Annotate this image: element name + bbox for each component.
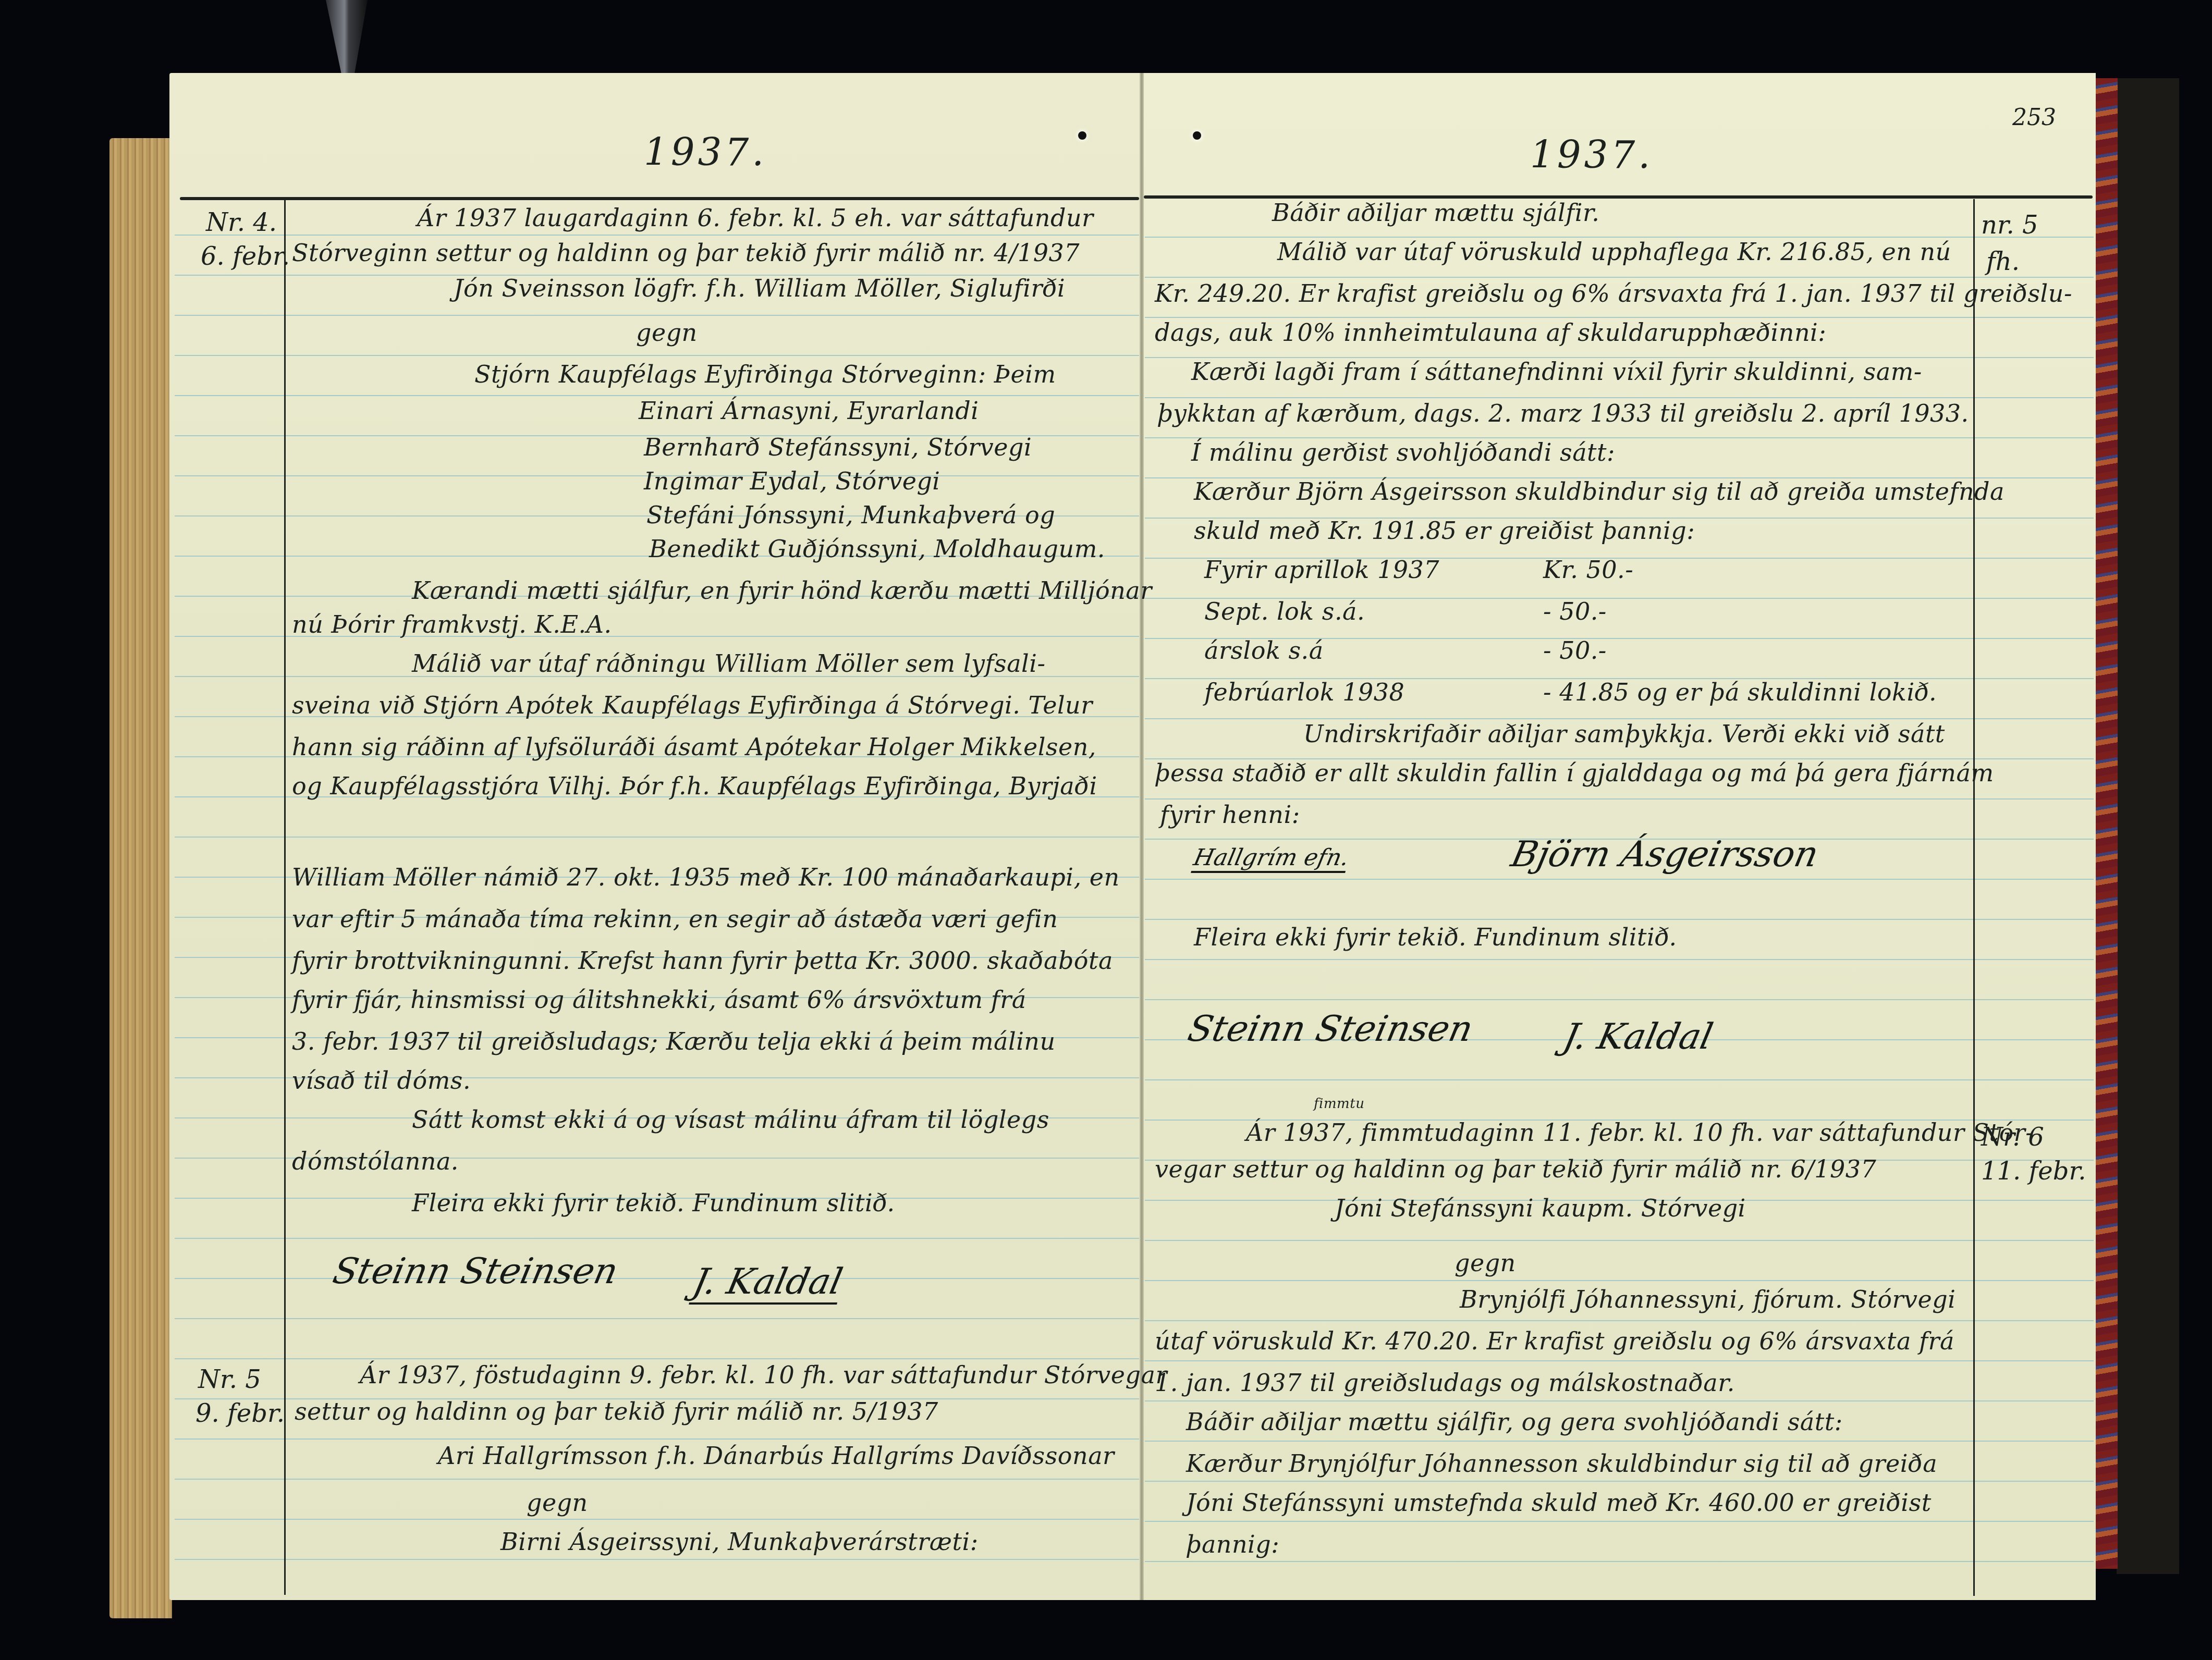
text-line: þannig: (1186, 1532, 1279, 1556)
ruled-line (175, 1318, 1139, 1319)
payment-amount: - 50.- (1543, 599, 1607, 623)
payment-amount: - 41.85 og er þá skuldinni lokið. (1543, 680, 1937, 704)
text-line: Einari Árnasyni, Eyrarlandi (639, 399, 979, 423)
signature: Steinn Steinsen (1184, 1009, 1477, 1050)
ruled-line (175, 235, 1139, 236)
payment-label: árslok s.á (1204, 638, 1324, 662)
binding-hole (1193, 131, 1201, 140)
text-line: Jóni Stefánssyni umstefnda skuld með Kr.… (1186, 1491, 1932, 1515)
text-line: dómstólanna. (292, 1149, 459, 1173)
ruled-line (1145, 1280, 2094, 1281)
ruled-line (1145, 1400, 2094, 1401)
ruled-line (1145, 959, 2094, 960)
text-line: 3. febr. 1937 til greiðsludags; Kærðu te… (292, 1029, 1056, 1053)
entry-date: 6. febr. (201, 240, 290, 274)
text-line: Sátt komst ekki á og vísast málinu áfram… (412, 1108, 1049, 1132)
text-line: Málið var útaf vöruskuld upphaflega Kr. … (1277, 240, 1951, 264)
ruled-line (1145, 1360, 2094, 1361)
text-line: Í málinu gerðist svohljóðandi sátt: (1191, 440, 1615, 464)
text-line: Ár 1937, föstudaginn 9. febr. kl. 10 fh.… (360, 1363, 1167, 1387)
text-line: fyrir henni: (1160, 803, 1300, 827)
binding-hole (1078, 131, 1086, 140)
ruled-line (175, 837, 1139, 838)
ruled-line (175, 1358, 1139, 1359)
entry-date: fh. (1986, 245, 2020, 279)
ruled-line (1145, 277, 2094, 278)
text-line: Birni Ásgeirssyni, Munkaþverárstræti: (500, 1530, 979, 1554)
text-line: Báðir aðiljar mættu sjálfir. (1272, 201, 1599, 225)
text-line: Stjórn Kaupfélags Eyfirðinga Stórveginn:… (474, 362, 1056, 386)
text-line-gegn: gegn (1455, 1251, 1516, 1275)
text-line: Benedikt Guðjónssyni, Moldhaugum. (649, 537, 1105, 561)
ruled-line (1145, 798, 2094, 800)
text-line: Kærður Björn Ásgeirsson skuldbindur sig … (1194, 479, 2005, 503)
text-line: Undirskrifaðir aðiljar samþykkja. Verði … (1303, 722, 1945, 746)
margin-column-line-left (284, 198, 286, 1595)
entry-date: 9. febr. (195, 1397, 285, 1431)
text-line: þykktan af kærðum, dags. 2. marz 1933 ti… (1157, 401, 1969, 425)
text-line: Stórveginn settur og haldinn og þar teki… (292, 241, 1080, 265)
text-line: fyrir fjár, hinsmissi og álitshnekki, ás… (292, 988, 1026, 1012)
entry-number: nr. 5 (1981, 208, 2038, 242)
text-line: fyrir brottvikningunni. Krefst hann fyri… (292, 949, 1113, 973)
ruled-line (1145, 718, 2094, 719)
ruled-line (1145, 1561, 2094, 1562)
text-line: útaf vöruskuld Kr. 470.20. Er krafist gr… (1155, 1329, 1954, 1353)
payment-amount: Kr. 50.- (1543, 558, 1633, 582)
text-line: Ár 1937 laugardaginn 6. febr. kl. 5 eh. … (417, 206, 1094, 230)
entry-number: Nr. 5 (198, 1363, 261, 1397)
entry-date: 11. febr. (1981, 1154, 2086, 1188)
ruled-line (175, 1559, 1139, 1560)
ruled-line (1145, 397, 2094, 398)
ruled-line (1145, 1481, 2094, 1482)
text-line: William Möller námið 27. okt. 1935 með K… (292, 865, 1120, 889)
text-line: Ingimar Eydal, Stórvegi (644, 469, 940, 493)
text-line: settur og haldinn og þar tekið fyrir mál… (295, 1399, 938, 1423)
ruled-line (1145, 919, 2094, 920)
text-line: vísað til dóms. (292, 1068, 471, 1092)
payment-label: febrúarlok 1938 (1204, 680, 1404, 704)
closing-line: Fleira ekki fyrir tekið. Fundinum slitið… (412, 1191, 895, 1215)
ruled-line (1145, 1521, 2094, 1522)
text-line: nú Þórir framkvstj. K.E.A. (292, 612, 612, 636)
text-line: Málið var útaf ráðningu William Möller s… (412, 651, 1046, 675)
text-line: og Kaupfélagsstjóra Vilhj. Þór f.h. Kaup… (292, 774, 1097, 798)
text-line: Bernharð Stefánssyni, Stórvegi (644, 435, 1032, 459)
ruled-line (1145, 999, 2094, 1000)
ruled-line (175, 1519, 1139, 1520)
text-line: var eftir 5 mánaða tíma rekinn, en segir… (292, 907, 1058, 931)
ruled-line (1145, 1441, 2094, 1442)
closing-line: Fleira ekki fyrir tekið. Fundinum slitið… (1194, 925, 1677, 949)
text-line: Kr. 249.20. Er krafist greiðslu og 6% ár… (1155, 281, 2072, 305)
ruled-line (175, 1278, 1139, 1279)
text-line: sveina við Stjórn Apótek Kaupfélags Eyfi… (292, 693, 1093, 717)
text-line: vegar settur og haldinn og þar tekið fyr… (1155, 1157, 1876, 1181)
payment-label: Sept. lok s.á. (1204, 599, 1365, 623)
text-line: Kærði lagði fram í sáttanefndinni víxil … (1191, 360, 1922, 384)
ruled-line (1145, 1240, 2094, 1241)
text-line: Ár 1937, fimmtudaginn 11. febr. kl. 10 f… (1246, 1121, 2034, 1145)
payment-label: Fyrir aprillok 1937 (1204, 558, 1439, 582)
interlinear-note: fimmtu (1314, 1097, 1364, 1111)
text-line: Kærandi mætti sjálfur, en fyrir hönd kær… (412, 579, 1152, 602)
ruled-line (175, 1479, 1139, 1480)
book-cover-edge (2117, 78, 2179, 1574)
page-number: 253 (2012, 104, 2056, 131)
text-line: 1. jan. 1937 til greiðsludags og málskos… (1155, 1371, 1735, 1395)
ruled-line (1145, 879, 2094, 880)
text-line: Brynjólfi Jóhannessyni, fjórum. Stórvegi (1460, 1287, 1956, 1311)
ruled-line (175, 315, 1139, 316)
margin-column-line-right (1973, 199, 1975, 1596)
payment-amount: - 50.- (1543, 638, 1607, 662)
ruled-line (175, 1238, 1139, 1239)
text-line-gegn: gegn (636, 321, 698, 345)
text-line: þessa staðið er allt skuldin fallin í gj… (1155, 761, 1994, 785)
text-line: Stefáni Jónssyni, Munkaþverá og (646, 503, 1055, 527)
text-line: Ari Hallgrímsson f.h. Dánarbús Hallgríms… (438, 1444, 1115, 1468)
year-heading-right: 1937. (1530, 133, 1653, 177)
text-line: skuld með Kr. 191.85 er greiðist þannig: (1194, 519, 1695, 543)
party-signature: Björn Ásgeirsson (1508, 834, 1822, 875)
text-line: hann sig ráðinn af lyfsöluráði ásamt Apó… (292, 735, 1096, 759)
text-line-gegn: gegn (527, 1491, 588, 1515)
text-line: Báðir aðiljar mættu sjálfir, og gera svo… (1186, 1410, 1843, 1434)
signature: Steinn Steinsen (329, 1251, 622, 1292)
text-line: Jóni Stefánssyni kaupm. Stórvegi (1335, 1196, 1746, 1220)
text-line: dags, auk 10% innheimtulauna af skuldaru… (1155, 321, 1826, 345)
ruled-line (175, 355, 1139, 356)
ruled-line (175, 1438, 1139, 1440)
signature: J. Kaldal (689, 1261, 846, 1305)
entry-number: Nr. 4. (206, 206, 277, 240)
ruled-line (175, 395, 1139, 396)
party-signature: Hallgrím efn. (1191, 844, 1351, 873)
signature: J. Kaldal (1560, 1016, 1717, 1058)
ruled-line (1145, 1320, 2094, 1321)
page-block-edge (109, 138, 172, 1618)
ruled-line (1145, 317, 2094, 318)
marbled-edge (2096, 78, 2118, 1569)
year-heading-left: 1937. (644, 130, 767, 174)
header-rule-left (180, 197, 1139, 200)
text-line: Kærður Brynjólfur Jóhannesson skuldbindu… (1186, 1452, 1937, 1475)
ruled-line (1145, 1079, 2094, 1080)
text-line: Jón Sveinsson lögfr. f.h. William Möller… (454, 276, 1065, 300)
